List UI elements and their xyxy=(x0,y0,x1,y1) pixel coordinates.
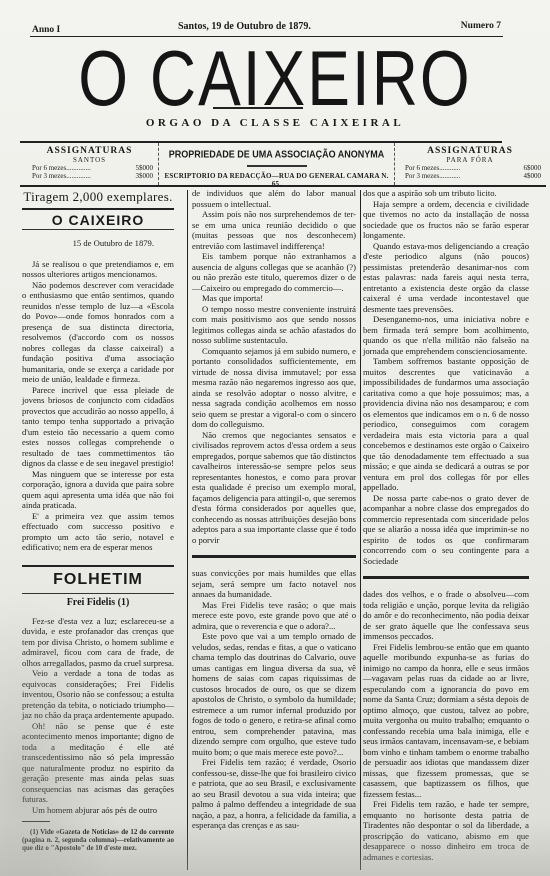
section-rule xyxy=(192,555,356,558)
paragraph: Tambem soffremos bastante opposição de m… xyxy=(363,356,529,493)
paragraph: dades dos velhos, e o frade o absolveu—c… xyxy=(363,589,529,642)
price-value: 4$000 xyxy=(524,172,542,180)
section-rule xyxy=(22,565,174,567)
paragraph: Mas ninguem que se interesse por esta co… xyxy=(22,469,174,511)
price-row: Por 3 mezes............ 4$000 xyxy=(395,172,545,180)
paragraph: Quando estava-mos deligenciando a creaçã… xyxy=(363,241,529,315)
section-rule xyxy=(363,576,529,579)
paragraph: E' a primeira vez que assim temos effect… xyxy=(22,511,174,553)
price-value: 5$000 xyxy=(136,164,154,172)
price-value: 3$000 xyxy=(136,172,154,180)
paragraph: Frei Fidelis tem razão; é verdade, Osori… xyxy=(192,757,356,831)
paragraph: de individuos que além do labor manual p… xyxy=(192,188,356,209)
subscriptions-place: SANTOS xyxy=(22,156,157,164)
paragraph: Não podemos descrever com veracidade o e… xyxy=(22,280,174,385)
paragraph: Veio a verdade a tona de todas as equivo… xyxy=(22,668,174,721)
ownership-heading: PROPRIEDADE DE UMA ASSOCIAÇÃO ANONYMA xyxy=(159,148,394,160)
subscriptions-place: PARA FÓRA xyxy=(395,156,545,164)
price-term: Por 6 mezes............ xyxy=(405,164,460,172)
folhetim-heading: FOLHETIM xyxy=(22,575,174,586)
column-2: de individuos que além do labor manual p… xyxy=(192,188,356,831)
section-rule xyxy=(22,593,174,594)
paragraph: Não cremos que negociantes sensatos e ci… xyxy=(192,430,356,546)
paragraph: Mas Frei Fidelis teve rasão; o que mais … xyxy=(192,600,356,632)
section-rule xyxy=(22,229,174,230)
price-row: Por 6 mezes............ 6$000 xyxy=(395,164,545,172)
section-rule xyxy=(22,208,174,210)
footnote: (1) Vide «Gazeta de Noticias» de 12 do c… xyxy=(22,828,174,852)
circulation-notice: Tiragem 2,000 exemplares. xyxy=(22,192,174,203)
dateline: Santos, 19 de Outubro de 1879. xyxy=(178,21,311,32)
newspaper-subtitle: ORGAO DA CLASSE CAIXEIRAL xyxy=(0,117,550,129)
paragraph: Comquanto sejamos já em subido numero, e… xyxy=(192,346,356,430)
paragraph: Eis tambem porque não extranhamos a ause… xyxy=(192,251,356,293)
year-label: Anno I xyxy=(32,25,60,35)
ownership-rule xyxy=(247,165,307,167)
price-term: Por 6 mezes.............. xyxy=(32,164,91,172)
column-divider xyxy=(360,190,361,870)
paragraph: Já se realisou o que pretendiamos e, em … xyxy=(22,259,174,280)
paragraph: Haja sempre a ordem, decencia e civilida… xyxy=(363,199,529,241)
newspaper-page: Anno I Santos, 19 de Outubro de 1879. Nu… xyxy=(0,0,550,876)
price-row: Por 6 mezes.............. 5$000 xyxy=(22,164,157,172)
paragraph: Frei Fidelis lembrou-se então que em qua… xyxy=(363,642,529,800)
ownership-box: PROPRIEDADE DE UMA ASSOCIAÇÃO ANONYMA ES… xyxy=(158,143,395,185)
paragraph: De nossa parte cabe-nos o grato dever de… xyxy=(363,493,529,567)
paragraph: Fez-se d'esta vez a luz; esclareceu-se a… xyxy=(22,616,174,669)
column-1: Tiragem 2,000 exemplares. O CAIXEIRO 15 … xyxy=(22,188,174,852)
price-term: Por 3 mezes............ xyxy=(405,172,460,180)
paragraph: O tempo nosso mestre conveniente instrui… xyxy=(192,304,356,346)
editorial-date: 15 de Outubro de 1879. xyxy=(22,238,174,249)
subscriptions-heading: ASSIGNATURAS xyxy=(22,146,157,156)
editorial-heading: O CAIXEIRO xyxy=(22,215,174,226)
column-3: dos que a aspirão sob um tributo licito.… xyxy=(363,188,529,862)
paragraph: suas convicções por mais humildes que el… xyxy=(192,568,356,600)
issue-number: Numero 7 xyxy=(461,21,501,31)
paragraph: Mas que importa! xyxy=(192,293,356,304)
paragraph: Assim pois não nos surprehendemos de ter… xyxy=(192,209,356,251)
paragraph: dos que a aspirão sob um tributo licito. xyxy=(363,188,529,199)
paragraph: Desenganemo-nos, uma iniciativa nobre e … xyxy=(363,314,529,356)
subscriptions-local: ASSIGNATURAS SANTOS Por 6 mezes.........… xyxy=(22,143,157,185)
paragraph: Parece incrivel que essa pleiade de jove… xyxy=(22,385,174,469)
paragraph: Oh! não se pense que é este aconteciment… xyxy=(22,721,174,805)
footnote-rule xyxy=(22,821,50,822)
price-value: 6$000 xyxy=(524,164,542,172)
subscriptions-heading: ASSIGNATURAS xyxy=(395,146,545,156)
price-term: Por 3 mezes.............. xyxy=(32,172,91,180)
subscriptions-outside: ASSIGNATURAS PARA FÓRA Por 6 mezes......… xyxy=(395,143,545,185)
title-rule xyxy=(213,107,303,109)
paragraph: Um homem abjurar aós pés de outro xyxy=(22,805,174,816)
paragraph: Frei Fidelis tem razão, e hade ter sempr… xyxy=(363,799,529,862)
band-rule-bottom xyxy=(20,185,546,187)
paragraph: Este povo que vai a um templo ornado de … xyxy=(192,631,356,757)
column-divider xyxy=(187,190,188,870)
folhetim-title: Frei Fidelis (1) xyxy=(22,598,174,609)
price-row: Por 3 mezes.............. 3$000 xyxy=(22,172,157,180)
